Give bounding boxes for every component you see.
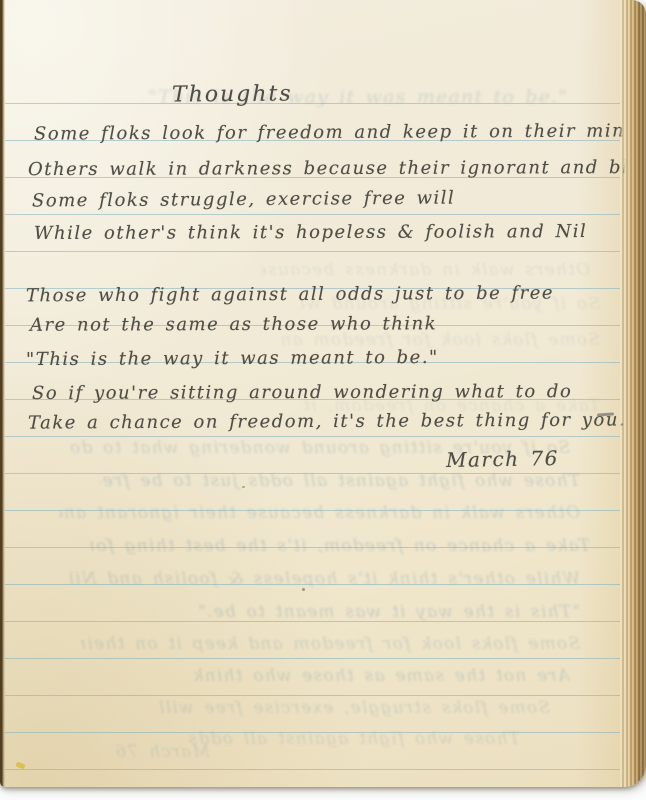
poem-line: So if you're sitting around wondering wh… [32, 383, 572, 403]
page-edge-right [620, 0, 646, 787]
poem-line: Others walk in darkness because their ig… [28, 159, 646, 179]
poem-line: "This is the way it was meant to be." [26, 349, 439, 369]
poem-line: Some floks struggle, exercise free will [32, 190, 455, 211]
scanned-notebook-photo: "This is the way it was meant to be." Ot… [0, 0, 646, 800]
notebook-page: "This is the way it was meant to be." Ot… [0, 0, 646, 787]
page-edge-left [0, 0, 5, 787]
poem-title: Thoughts [172, 83, 293, 106]
poem-line: While other's think it's hopeless & fool… [34, 223, 587, 243]
poem-line: Those who fight against all odds just to… [26, 285, 554, 306]
poem-line: Are not the same as those who think [30, 315, 437, 334]
poem-line: Take a chance on freedom, it's the best … [28, 411, 626, 432]
date-signature: March 76 [446, 448, 559, 470]
poem-line: Some floks look for freedom and keep it … [34, 122, 638, 143]
